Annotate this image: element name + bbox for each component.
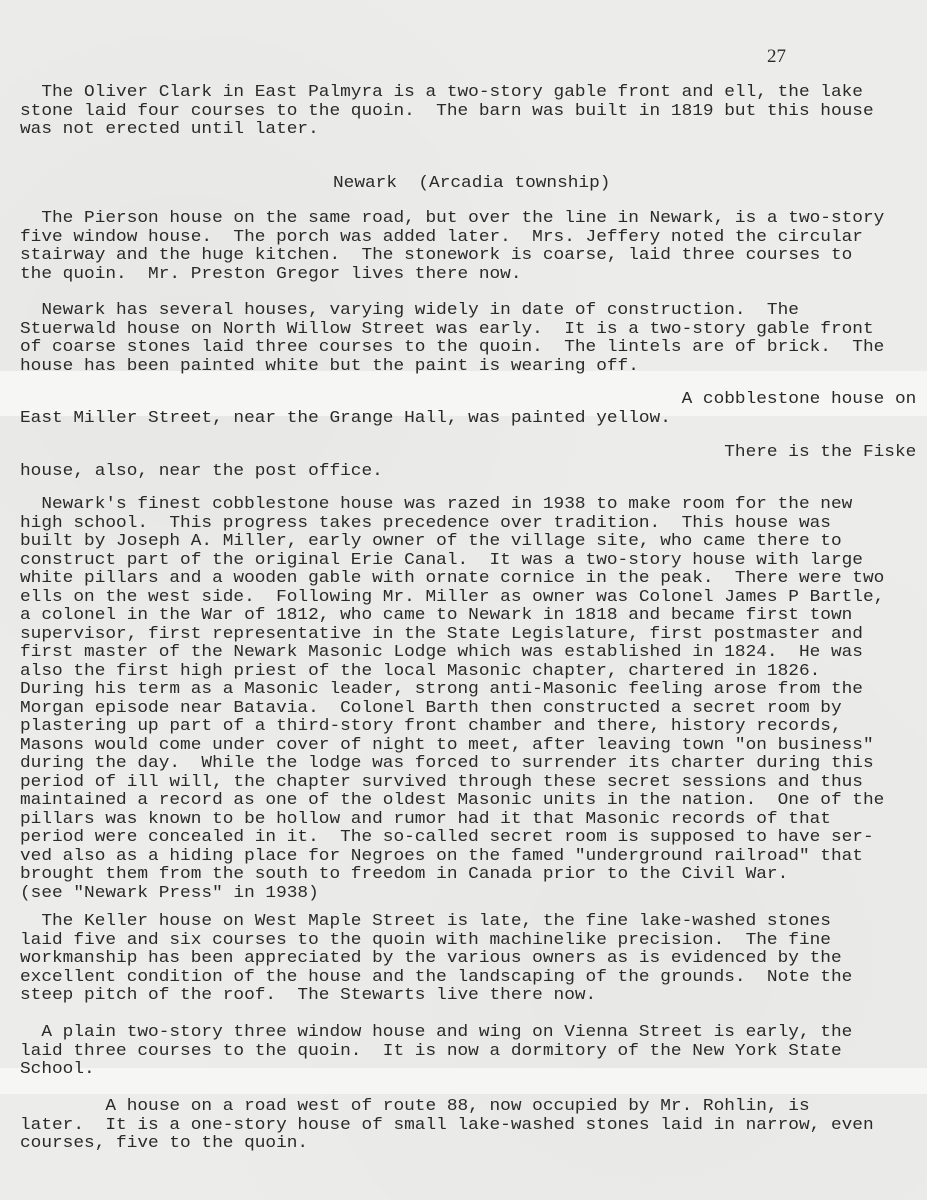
paragraph-line: house, also, near the post office. (20, 463, 383, 480)
page-number: 27 (767, 46, 786, 68)
paragraph-line: maintained a record as one of the oldest… (20, 792, 884, 809)
paragraph-line: plastering up part of a third-story fron… (20, 718, 842, 735)
paragraph-line: ells on the west side. Following Mr. Mil… (20, 589, 884, 606)
paragraph-line: A house on a road west of route 88, now … (20, 1098, 810, 1115)
paragraph-line: also the first high priest of the local … (20, 663, 820, 680)
paragraph-line: The Keller house on West Maple Street is… (20, 913, 831, 930)
paragraph-line: stone laid four courses to the quoin. Th… (20, 103, 874, 120)
paragraph-line: of coarse stones laid three courses to t… (20, 339, 884, 356)
paragraph-line: later. It is a one-story house of small … (20, 1117, 874, 1134)
paragraph-line: A plain two-story three window house and… (20, 1024, 852, 1041)
paragraph-line: ved also as a hiding place for Negroes o… (20, 848, 863, 865)
paragraph-line: The Oliver Clark in East Palmyra is a tw… (20, 84, 863, 101)
paragraph-line: East Miller Street, near the Grange Hall… (20, 410, 671, 427)
paragraph-line: was not erected until later. (20, 121, 319, 138)
paragraph-line: period of ill will, the chapter survived… (20, 774, 863, 791)
paragraph-line: high school. This progress takes precede… (20, 515, 831, 532)
paragraph-line: steep pitch of the roof. The Stewarts li… (20, 987, 596, 1004)
paragraph-line: Newark has several houses, varying widel… (20, 302, 799, 319)
document-page: 27 The Oliver Clark in East Palmyra is a… (0, 0, 927, 1200)
paragraph-line: built by Joseph A. Miller, early owner o… (20, 533, 842, 550)
paragraph-line: period were concealed in it. The so-call… (20, 829, 874, 846)
paragraph-line: white pillars and a wooden gable with or… (20, 570, 884, 587)
paragraph-line: house has been painted white but the pai… (20, 358, 639, 375)
paragraph-line: School. (20, 1061, 95, 1078)
paragraph-line: workmanship has been appreciated by the … (20, 950, 842, 967)
paragraph-line: five window house. The porch was added l… (20, 229, 863, 246)
paragraph-line: laid three courses to the quoin. It is n… (20, 1043, 842, 1060)
paragraph-line: excellent condition of the house and the… (20, 969, 852, 986)
paragraph-line: Newark's finest cobblestone house was ra… (20, 496, 852, 513)
paragraph-line: laid five and six courses to the quoin w… (20, 932, 831, 949)
paragraph-line: during the day. While the lodge was forc… (20, 755, 874, 772)
paragraph-line: pillars was known to be hollow and rumor… (20, 811, 831, 828)
paragraph-line: brought them from the south to freedom i… (20, 866, 788, 883)
paragraph-line: The Pierson house on the same road, but … (20, 210, 884, 227)
paragraph-line: first master of the Newark Masonic Lodge… (20, 644, 863, 661)
paragraph-line: (see "Newark Press" in 1938) (20, 885, 319, 902)
paragraph-line: courses, five to the quoin. (20, 1135, 308, 1152)
paragraph-line: stairway and the huge kitchen. The stone… (20, 247, 852, 264)
paragraph-line: During his term as a Masonic leader, str… (20, 681, 863, 698)
paragraph-line: the quoin. Mr. Preston Gregor lives ther… (20, 266, 522, 283)
paragraph-line: Stuerwald house on North Willow Street w… (20, 321, 874, 338)
paragraph-line: supervisor, first representative in the … (20, 626, 863, 643)
paragraph-line: construct part of the original Erie Cana… (20, 552, 863, 569)
paragraph-line: Morgan episode near Batavia. Colonel Bar… (20, 700, 842, 717)
paste-up-band (0, 1068, 927, 1094)
section-heading: Newark (Arcadia township) (333, 175, 610, 192)
paragraph-line: There is the Fiske (20, 444, 916, 461)
paragraph-line: a colonel in the War of 1812, who came t… (20, 607, 852, 624)
paragraph-line: Masons would come under cover of night t… (20, 737, 874, 754)
paragraph-line: A cobblestone house on (20, 391, 916, 408)
